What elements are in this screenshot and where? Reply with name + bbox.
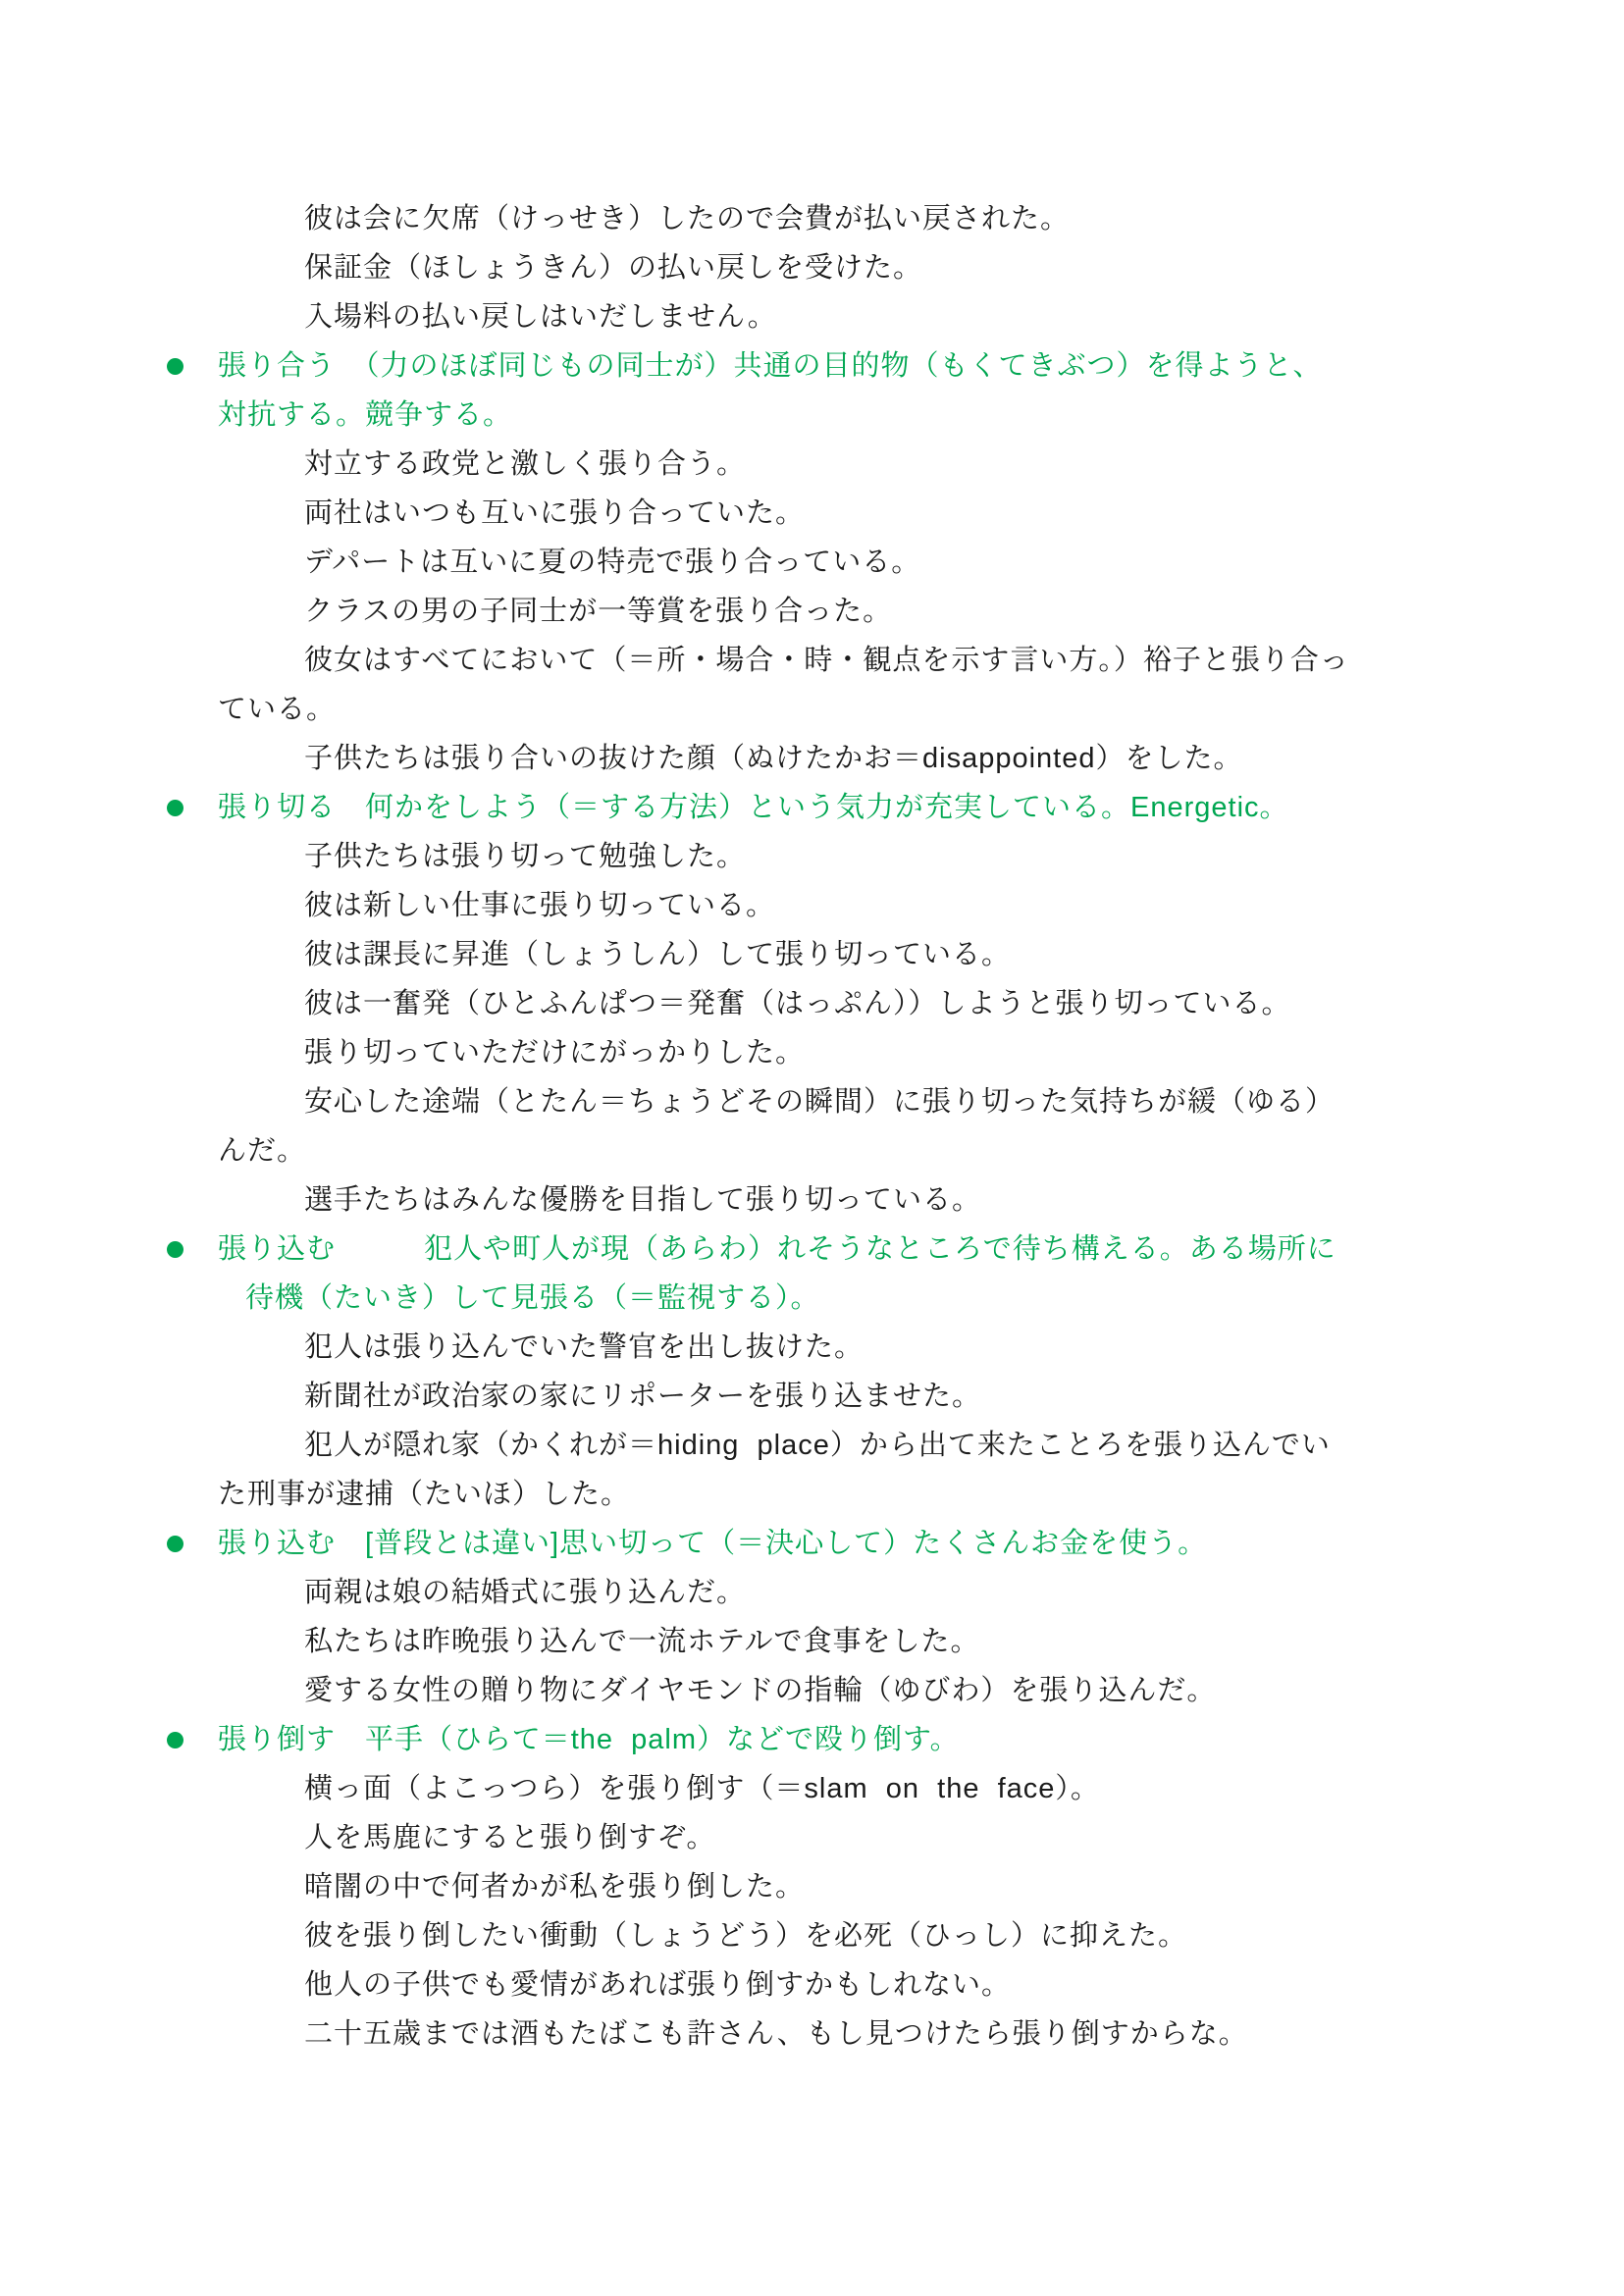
entry-heading-line: 張り切る 何かをしよう（＝する方法）という気力が充実している。Energetic… (0, 783, 1624, 832)
example-sentence: 入場料の払い戻しはいだしません。 (0, 292, 1624, 341)
entry-heading-text: 張り込む 犯人や町人が現（あらわ）れそうなところで待ち構える。ある場所に (218, 1233, 1336, 1265)
entry-heading-text: 張り合う （力のほぼ同じもの同士が）共通の目的物（もくてきぶつ）を得ようと、 (218, 350, 1323, 382)
example-sentence: 安心した途端（とたん＝ちょうどその瞬間）に張り切った気持ちが緩（ゆる） (0, 1077, 1624, 1126)
example-sentence: 子供たちは張り合いの抜けた顔（ぬけたかお＝disappointed）をした。 (0, 734, 1624, 783)
example-sentence: 彼は一奮発（ひとふんぱつ＝発奮（はっぷん））しようと張り切っている。 (0, 979, 1624, 1028)
example-sentence: 彼を張り倒したい衝動（しょうどう）を必死（ひっし）に抑えた。 (0, 1911, 1624, 1960)
bullet-icon (167, 1732, 183, 1748)
example-sentence: 彼は課長に昇進（しょうしん）して張り切っている。 (0, 930, 1624, 979)
example-sentence: 対立する政党と激しく張り合う。 (0, 440, 1624, 489)
example-sentence: 犯人は張り込んでいた警官を出し抜けた。 (0, 1323, 1624, 1372)
document-page: 彼は会に欠席（けっせき）したので会費が払い戻された。保証金（ほしょうきん）の払い… (0, 0, 1624, 2296)
example-sentence: 二十五歳までは酒もたばこも許さん、もし見つけたら張り倒すからな。 (0, 2009, 1624, 2059)
example-sentence: 彼女はすべてにおいて（＝所・場合・時・観点を示す言い方。）裕子と張り合っ (0, 636, 1624, 685)
example-sentence-continuation: んだ。 (0, 1126, 1624, 1175)
entry-heading-text: 張り切る 何かをしよう（＝する方法）という気力が充実している。Energetic… (218, 792, 1289, 823)
example-sentence: 子供たちは張り切って勉強した。 (0, 832, 1624, 881)
entry-heading-line: 対抗する。競争する。 (0, 391, 1624, 440)
entry-heading-text: 張り込む [普段とは違い]思い切って（＝決心して）たくさんお金を使う。 (218, 1528, 1207, 1559)
example-sentence: 新聞社が政治家の家にリポーターを張り込ませた。 (0, 1372, 1624, 1421)
example-sentence: 人を馬鹿にすると張り倒すぞ。 (0, 1813, 1624, 1862)
example-sentence: 横っ面（よこっつら）を張り倒す（＝slam on the face）。 (0, 1764, 1624, 1813)
entry-heading-line: 張り込む 犯人や町人が現（あらわ）れそうなところで待ち構える。ある場所に (0, 1225, 1624, 1274)
example-sentence: 両親は娘の結婚式に張り込んだ。 (0, 1568, 1624, 1617)
example-sentence: 犯人が隠れ家（かくれが＝hiding place）から出て来たことろを張り込んで… (0, 1421, 1624, 1470)
example-sentence: 両社はいつも互いに張り合っていた。 (0, 489, 1624, 538)
example-sentence: クラスの男の子同士が一等賞を張り合った。 (0, 587, 1624, 636)
bullet-icon (167, 1241, 183, 1258)
example-sentence: 暗闇の中で何者かが私を張り倒した。 (0, 1862, 1624, 1911)
text-lines: 彼は会に欠席（けっせき）したので会費が払い戻された。保証金（ほしょうきん）の払い… (0, 194, 1624, 2059)
bullet-icon (167, 800, 183, 816)
example-sentence: 私たちは昨晩張り込んで一流ホテルで食事をした。 (0, 1617, 1624, 1666)
example-sentence-continuation: ている。 (0, 685, 1624, 734)
example-sentence: 他人の子供でも愛情があれば張り倒すかもしれない。 (0, 1960, 1624, 2009)
entry-heading-line: 張り合う （力のほぼ同じもの同士が）共通の目的物（もくてきぶつ）を得ようと、 (0, 341, 1624, 391)
example-sentence: 愛する女性の贈り物にダイヤモンドの指輪（ゆびわ）を張り込んだ。 (0, 1666, 1624, 1715)
entry-heading-line: 張り込む [普段とは違い]思い切って（＝決心して）たくさんお金を使う。 (0, 1519, 1624, 1568)
example-sentence: 保証金（ほしょうきん）の払い戻しを受けた。 (0, 243, 1624, 292)
example-sentence: 選手たちはみんな優勝を目指して張り切っている。 (0, 1175, 1624, 1225)
bullet-icon (167, 1536, 183, 1552)
example-sentence: デパートは互いに夏の特売で張り合っている。 (0, 538, 1624, 587)
bullet-icon (167, 358, 183, 375)
example-sentence: 彼は会に欠席（けっせき）したので会費が払い戻された。 (0, 194, 1624, 243)
example-sentence-continuation: た刑事が逮捕（たいほ）した。 (0, 1470, 1624, 1519)
example-sentence: 彼は新しい仕事に張り切っている。 (0, 881, 1624, 930)
example-sentence: 張り切っていただけにがっかりした。 (0, 1028, 1624, 1077)
entry-heading-text: 張り倒す 平手（ひらて＝the palm）などで殴り倒す。 (218, 1724, 960, 1755)
entry-heading-line: 張り倒す 平手（ひらて＝the palm）などで殴り倒す。 (0, 1715, 1624, 1764)
entry-heading-line: 待機（たいき）して見張る（＝監視する）。 (0, 1274, 1624, 1323)
